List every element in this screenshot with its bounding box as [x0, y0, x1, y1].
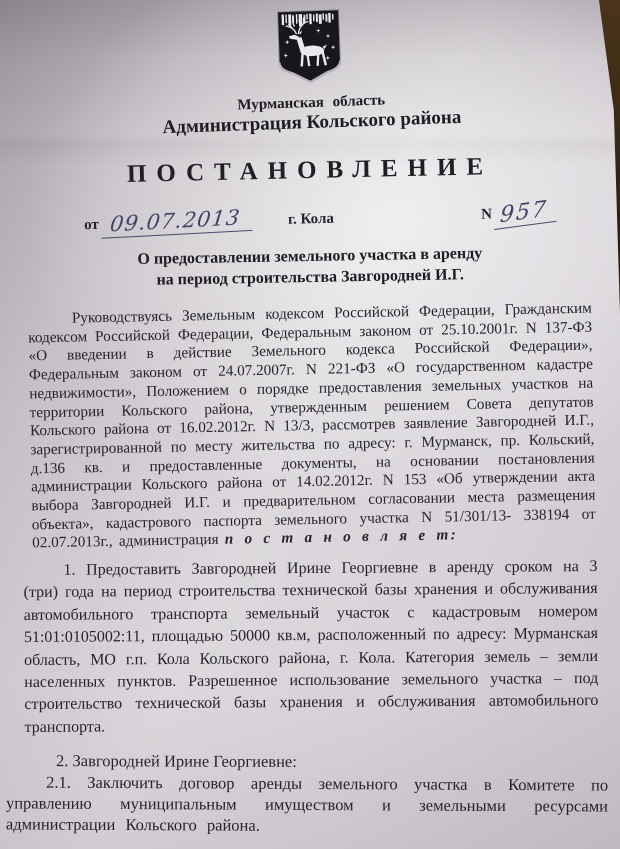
preamble-paragraph: Руководствуясь Земельным кодексом Россий…	[28, 300, 597, 554]
item-1-paragraph: 1. Предоставить Завгородней Ирине Георги…	[23, 556, 598, 739]
item-2-heading: 2. Завгородней Ирине Георгиевне:	[10, 751, 620, 773]
handwritten-date: 09.07.2013	[101, 205, 255, 239]
document-type-heading: ПОСТАНОВЛЕНИЕ	[0, 151, 620, 192]
document-page: Мурманская область Администрация Кольско…	[0, 0, 620, 849]
coat-of-arms-reindeer-icon	[270, 7, 349, 92]
place-name: г. Кола	[288, 205, 335, 229]
photo-background: Мурманская область Администрация Кольско…	[0, 0, 620, 849]
letterhead: Мурманская область Администрация Кольско…	[0, 0, 620, 145]
item-2-1-paragraph: 2.1. Заключить договор аренды земельного…	[6, 772, 608, 838]
preamble-text: Руководствуясь Земельным кодексом Россий…	[28, 300, 596, 552]
handwritten-number: 957	[494, 195, 559, 230]
document-content: Мурманская область Администрация Кольско…	[0, 0, 620, 849]
meta-row: от 09.07.2013 г. Кола N 957	[84, 199, 559, 237]
document-number: N 957	[481, 199, 558, 227]
resolve-word: п о с т а н о в л я е т:	[225, 527, 459, 548]
number-label: N	[481, 201, 492, 224]
document-title: О предоставлении земельного участка в ар…	[0, 241, 620, 294]
date-label: от	[84, 211, 99, 234]
